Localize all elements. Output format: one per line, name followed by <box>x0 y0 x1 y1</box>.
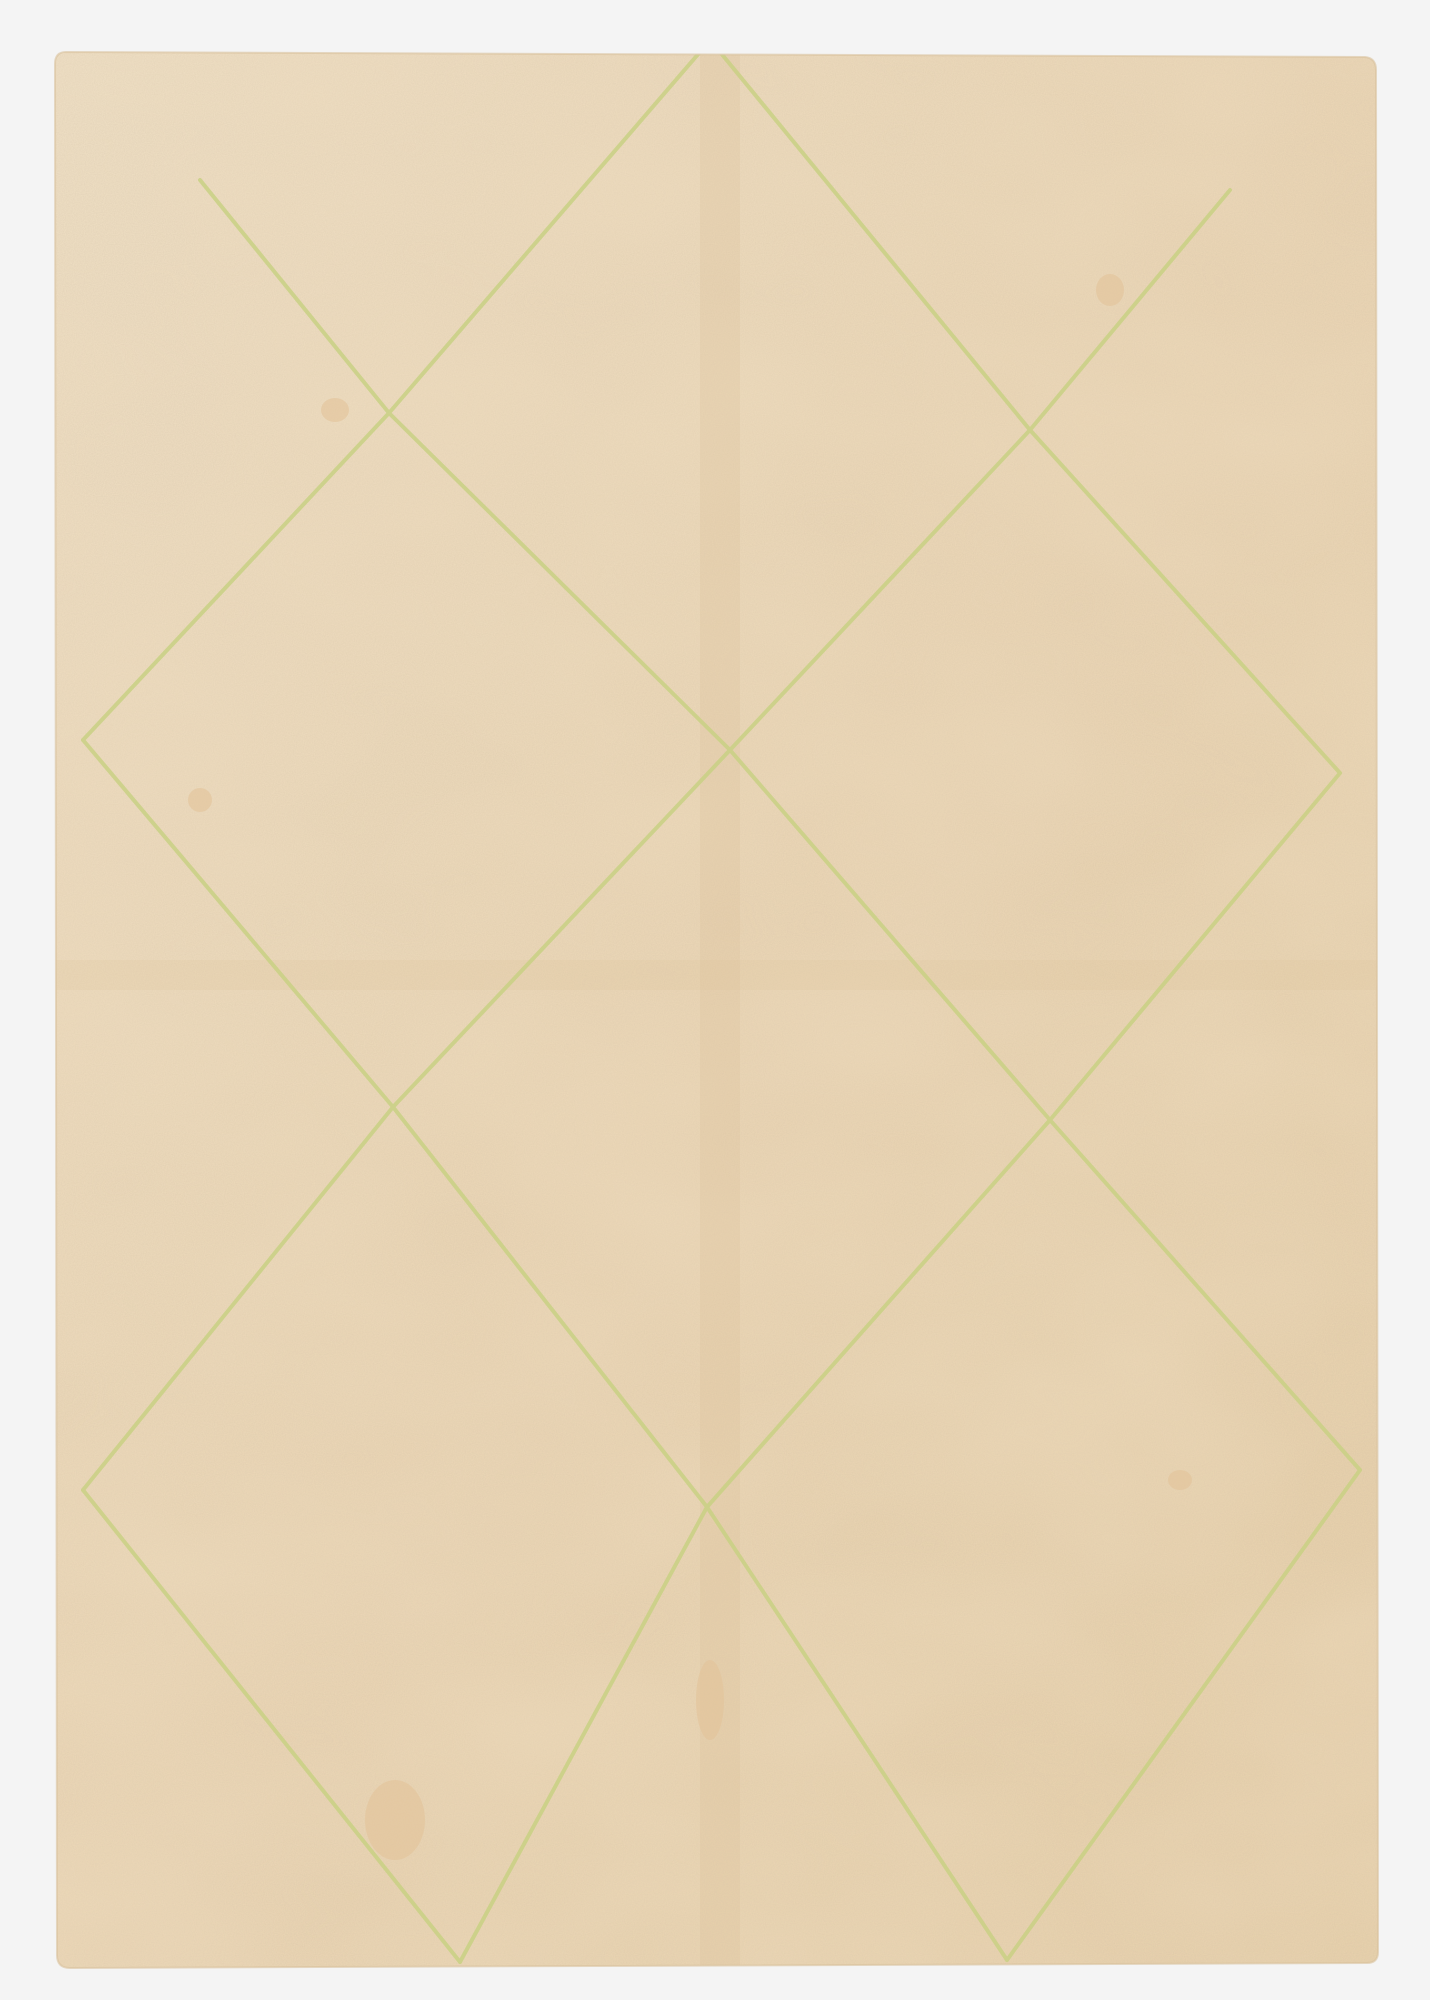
rug-photo <box>0 0 1430 2000</box>
rug-body <box>0 0 1430 2000</box>
